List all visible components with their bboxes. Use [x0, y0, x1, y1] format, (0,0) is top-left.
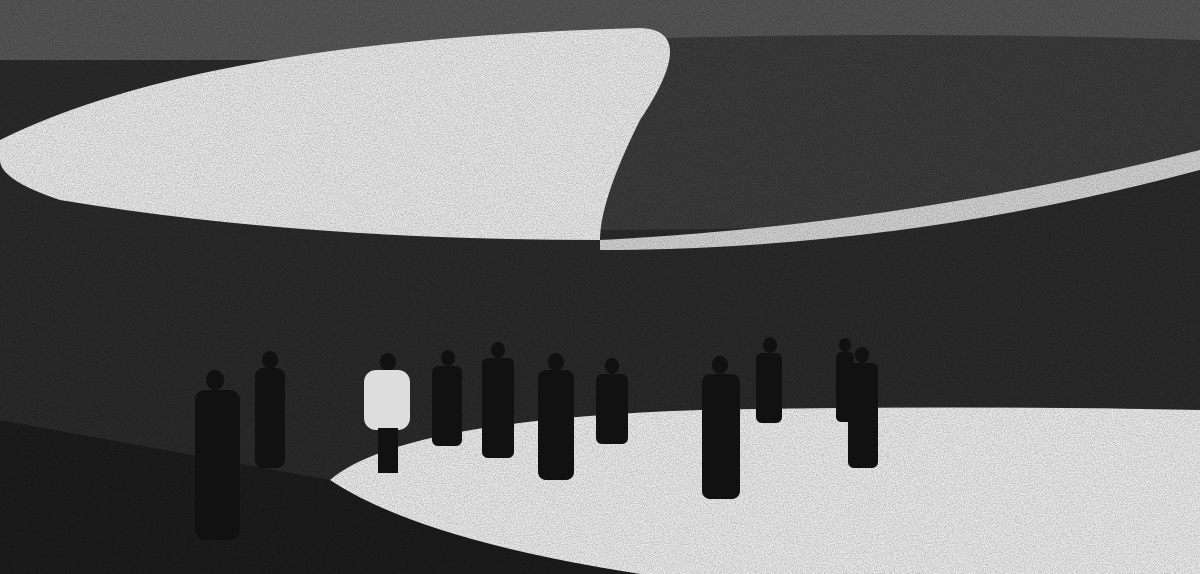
photo-scene — [0, 0, 1200, 574]
scene-drawing — [0, 0, 1200, 574]
